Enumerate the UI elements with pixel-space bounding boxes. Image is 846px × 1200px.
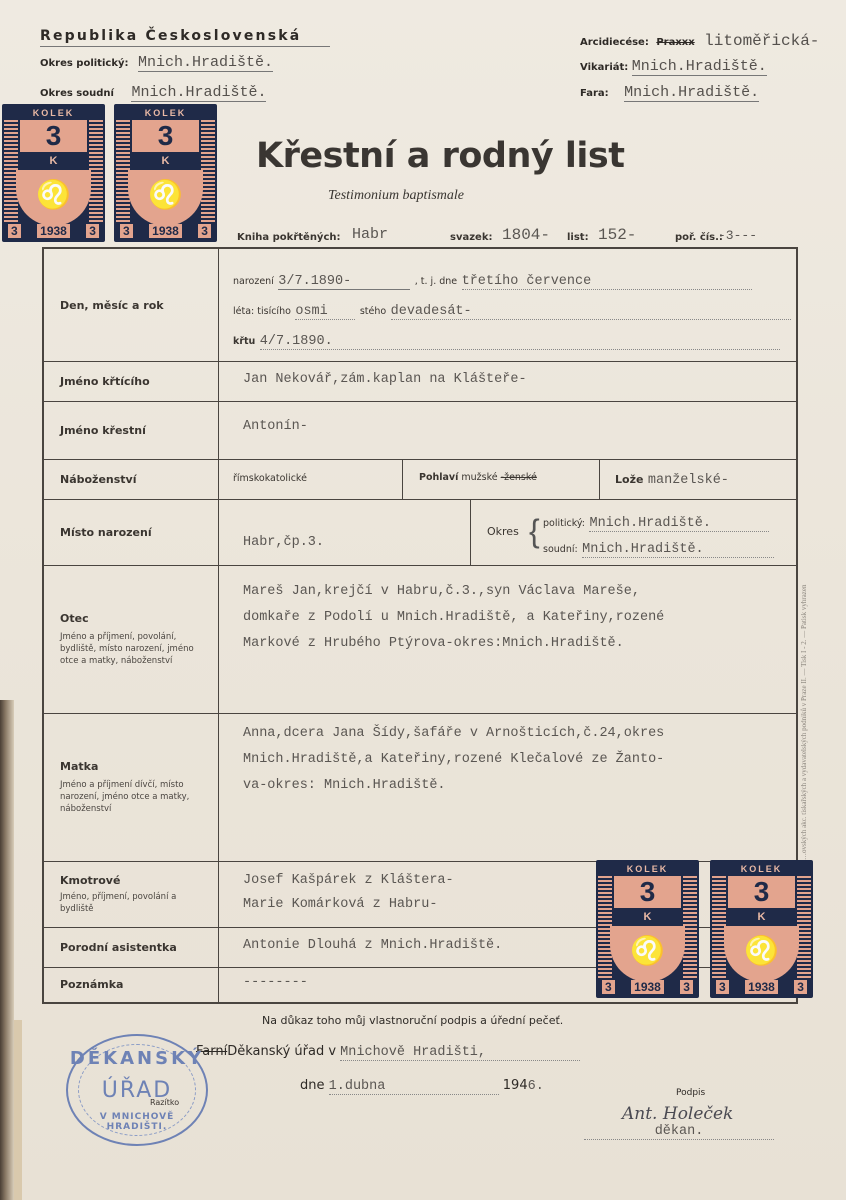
svazek-value: 1804-: [502, 226, 550, 244]
attestation-text: Na důkaz toho můj vlastnoruční podpis a …: [262, 1014, 563, 1027]
narozeni-line: narození 3/7.1890- , t. j. dne třetího č…: [233, 271, 793, 290]
row-matka: Matka Jméno a příjmení dívčí, místo naro…: [44, 713, 796, 862]
kniha-value: Habr: [352, 226, 388, 243]
okres-politicky-row: Okres politický: Mnich.Hradiště.: [40, 54, 330, 71]
por-cis-value: -3---: [718, 228, 757, 243]
steho-value: devadesát-: [391, 304, 791, 320]
pohlavi-field: Pohlaví mužské -ženské: [419, 472, 537, 483]
okres-politicky-label: Okres politický:: [40, 58, 129, 69]
podpis-label: Podpis: [676, 1088, 705, 1098]
document-subtitle: Testimonium baptismale: [328, 188, 464, 204]
date-line: dne 1.dubna 1946.: [300, 1078, 544, 1095]
narozeni-value: 3/7.1890-: [278, 274, 410, 290]
svazek-label: svazek:: [450, 232, 492, 243]
row-misto: Místo narození Habr,čp.3. Okres { politi…: [44, 499, 796, 566]
revenue-stamp: KOLEK 3 K ♌ 319383: [114, 104, 217, 242]
list-label: list:: [567, 232, 589, 243]
krtu-value: 4/7.1890.: [260, 334, 780, 350]
lion-icon: ♌: [724, 934, 799, 967]
row-kritici: Jméno křtícího Jan Nekovář,zám.kaplan na…: [44, 361, 796, 402]
country-heading: Republika Československá: [40, 28, 330, 47]
list-value: 152-: [598, 226, 636, 244]
office-line: FarníDěkanský úřad v Mnichově Hradišti,: [196, 1044, 580, 1061]
kmotrove-value: Josef Kašpárek z Kláštera- Marie Komárko…: [243, 869, 454, 917]
document-title: Křestní a rodný list: [256, 136, 624, 176]
okres-soudni-field: soudní: Mnich.Hradiště.: [543, 539, 774, 558]
okres-politicky-field: politický: Mnich.Hradiště.: [543, 513, 769, 532]
date-value: 1.dubna: [329, 1079, 499, 1095]
okres-soudni-value: Mnich.Hradiště.: [131, 84, 266, 102]
vikariat-row: Vikariát: Mnich.Hradiště.: [580, 58, 767, 75]
kritici-value: Jan Nekovář,zám.kaplan na Klášteře-: [243, 372, 527, 387]
lion-icon: ♌: [610, 934, 685, 967]
diecese-value: litoměřická-: [704, 32, 819, 50]
krestni-value: Antonín-: [243, 419, 308, 434]
okres-soudni-label: Okres soudní: [40, 88, 114, 99]
otec-value: Mareš Jan,krejčí v Habru,č.3.,syn Václav…: [243, 579, 664, 657]
signature-line: děkan.: [584, 1124, 774, 1140]
row-date: Den, měsíc a rok narození 3/7.1890- , t.…: [44, 249, 796, 362]
printer-note: …ovských akc. tiskařských a vydavatelský…: [800, 430, 820, 860]
lion-icon: ♌: [16, 178, 91, 211]
poznamka-value: --------: [243, 975, 308, 990]
revenue-stamp: KOLEK 3 K ♌ 319383: [710, 860, 813, 998]
paper-edge: [14, 1020, 22, 1200]
diecese-row: Arcidiecése: Praxxx litoměřická-: [580, 32, 819, 50]
vikariat-label: Vikariát:: [580, 62, 628, 73]
year-suffix: 6.: [528, 1079, 544, 1094]
revenue-stamp: KOLEK 3 K ♌ 319383: [596, 860, 699, 998]
nabozenstvi-value: římskokatolické: [233, 473, 307, 484]
razitko-label: Razítko: [150, 1098, 179, 1107]
loze-field: Lože manželské-: [615, 470, 729, 488]
fara-value: Mnich.Hradiště.: [624, 84, 759, 102]
leta-line: léta: tisícího osmi stého devadesát-: [233, 301, 793, 320]
vikariat-value: Mnich.Hradiště.: [632, 58, 767, 76]
kniha-label: Kniha pokřtěných:: [237, 232, 341, 243]
paper-edge: [0, 700, 14, 1200]
row-krestni: Jméno křestní Antonín-: [44, 401, 796, 460]
signature: Ant. Holeček: [622, 1104, 733, 1124]
matka-value: Anna,dcera Jana Šídy,šafáře v Arnošticíc…: [243, 721, 664, 799]
official-seal: DĚKANSKÝ ÚŘAD V MNICHOVĚ HRADIŠTI.: [66, 1034, 208, 1146]
asistentka-value: Antonie Dlouhá z Mnich.Hradiště.: [243, 938, 502, 953]
row-nabozenstvi: Náboženství římskokatolické Pohlaví mužs…: [44, 459, 796, 500]
okres-politicky-value: Mnich.Hradiště.: [138, 54, 273, 72]
leta-value: osmi: [295, 304, 355, 320]
office-value: Mnichově Hradišti,: [340, 1045, 580, 1061]
okres-soudni-row: Okres soudní Mnich.Hradiště.: [40, 84, 330, 101]
tj-value: třetího července: [462, 274, 752, 290]
brace-icon: {: [529, 509, 540, 553]
krtu-line: křtu 4/7.1890.: [233, 331, 793, 350]
revenue-stamp: KOLEK 3 K ♌ 319383: [2, 104, 105, 242]
fara-row: Fara: Mnich.Hradiště.: [580, 84, 759, 101]
fara-label: Fara:: [580, 88, 609, 99]
diecese-label: Arcidiecése:: [580, 37, 649, 48]
diecese-struck: Praxxx: [656, 37, 694, 48]
por-cis-label: poř. čís.:: [675, 232, 723, 243]
lion-icon: ♌: [128, 178, 203, 211]
row-otec: Otec Jméno a příjmení, povolání, bydlišt…: [44, 565, 796, 714]
misto-value: Habr,čp.3.: [243, 535, 324, 550]
